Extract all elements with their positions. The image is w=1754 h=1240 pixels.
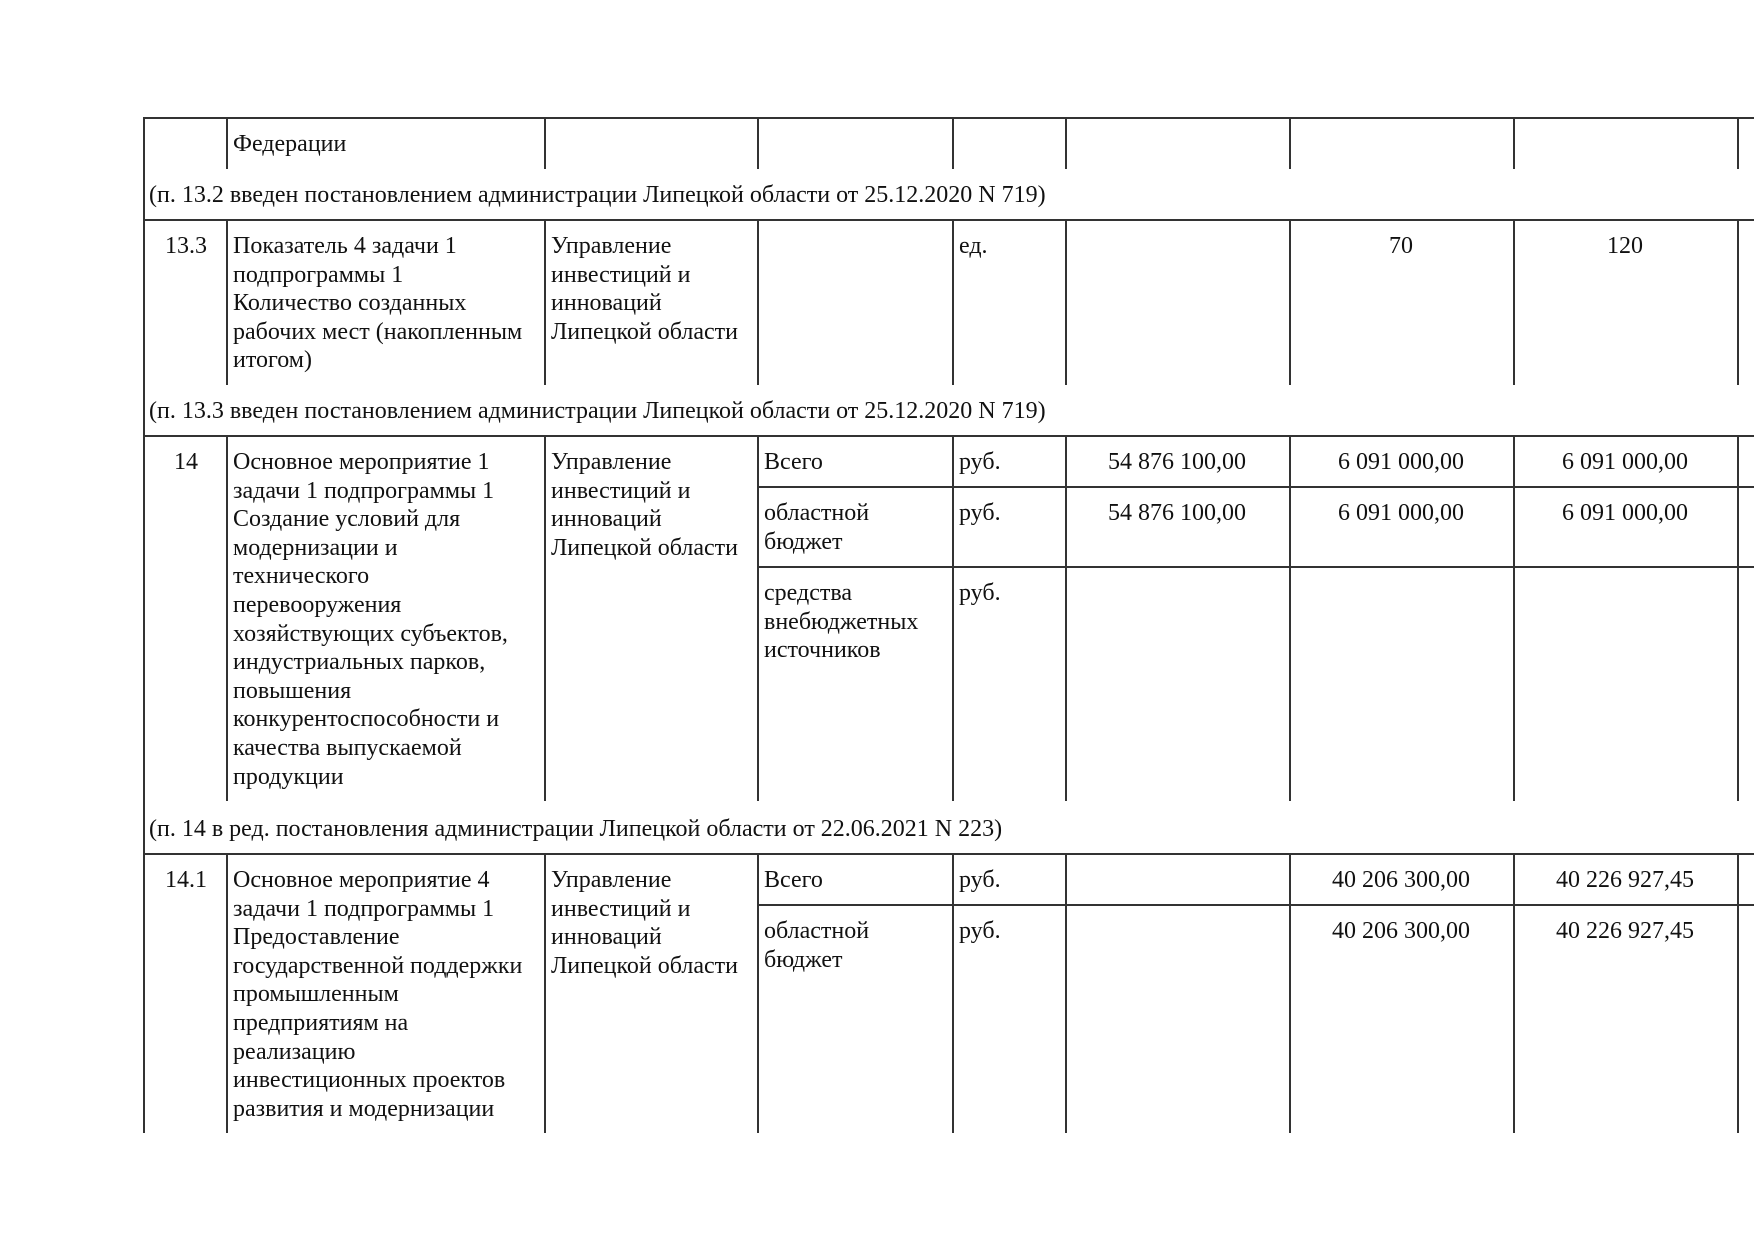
column-divider [952, 117, 954, 169]
value-col2: 40 206 300,00 [1289, 917, 1513, 946]
column-divider [757, 853, 759, 1133]
funding-source: областной бюджет [764, 917, 950, 974]
column-divider [1289, 435, 1291, 801]
column-divider [1737, 117, 1739, 169]
sub-row-border [757, 486, 1754, 488]
value-col3: 120 [1513, 232, 1737, 261]
value-col2: 70 [1289, 232, 1513, 261]
column-divider [1737, 435, 1739, 801]
column-divider [1065, 219, 1067, 385]
column-divider [757, 117, 759, 169]
column-divider [1289, 853, 1291, 1133]
value-col3: 6 091 000,00 [1513, 499, 1737, 528]
row-number: 13.3 [145, 232, 227, 261]
column-divider [1513, 853, 1515, 1133]
executor: Управление инвестиций и инноваций Липецк… [551, 448, 756, 562]
value-col1: 54 876 100,00 [1065, 499, 1289, 528]
value-col2: 6 091 000,00 [1289, 499, 1513, 528]
column-divider [1065, 435, 1067, 801]
column-divider [757, 219, 759, 385]
column-divider [1513, 435, 1515, 801]
row-number: 14 [145, 448, 227, 477]
column-divider [1737, 219, 1739, 385]
sub-row-border [757, 904, 1754, 906]
column-divider [1513, 117, 1515, 169]
indicator-name: Показатель 4 задачи 1 подпрограммы 1 Кол… [233, 232, 543, 375]
column-divider [952, 435, 954, 801]
column-divider [544, 219, 546, 385]
unit: руб. [959, 917, 1064, 946]
table-left-border [143, 117, 145, 1133]
value-col2: 40 206 300,00 [1289, 866, 1513, 895]
activity-name: Основное мероприятие 4 задачи 1 подпрогр… [233, 866, 548, 1123]
column-divider [226, 853, 228, 1133]
column-divider [1065, 117, 1067, 169]
unit: руб. [959, 499, 1064, 528]
unit: руб. [959, 579, 1064, 608]
unit: руб. [959, 866, 1064, 895]
value-col3: 40 226 927,45 [1513, 917, 1737, 946]
funding-source: средства внебюджетных источников [764, 579, 950, 665]
column-divider [1065, 853, 1067, 1133]
value-col3: 40 226 927,45 [1513, 866, 1737, 895]
column-divider [757, 435, 759, 801]
column-divider [226, 435, 228, 801]
funding-source: областной бюджет [764, 499, 950, 556]
amendment-note: (п. 13.2 введен постановлением администр… [149, 181, 1046, 209]
column-divider [1289, 117, 1291, 169]
amendment-note: (п. 14 в ред. постановления администраци… [149, 815, 1002, 843]
document-page: Федерации (п. 13.2 введен постановлением… [0, 0, 1754, 1240]
unit: руб. [959, 448, 1064, 477]
column-divider [544, 435, 546, 801]
funding-source: Всего [764, 866, 950, 895]
value-col3: 6 091 000,00 [1513, 448, 1737, 477]
column-divider [544, 117, 546, 169]
row-13-2-name-tail: Федерации [233, 130, 538, 159]
column-divider [226, 117, 228, 169]
funding-source: Всего [764, 448, 950, 477]
row-number: 14.1 [145, 866, 227, 895]
column-divider [1737, 853, 1739, 1133]
executor: Управление инвестиций и инноваций Липецк… [551, 866, 756, 980]
amendment-note: (п. 13.3 введен постановлением администр… [149, 397, 1046, 425]
value-col2: 6 091 000,00 [1289, 448, 1513, 477]
unit: ед. [959, 232, 1064, 261]
column-divider [952, 853, 954, 1133]
column-divider [952, 219, 954, 385]
value-col1: 54 876 100,00 [1065, 448, 1289, 477]
sub-row-border [757, 566, 1754, 568]
executor: Управление инвестиций и инноваций Липецк… [551, 232, 756, 346]
activity-name: Основное мероприятие 1 задачи 1 подпрогр… [233, 448, 543, 791]
